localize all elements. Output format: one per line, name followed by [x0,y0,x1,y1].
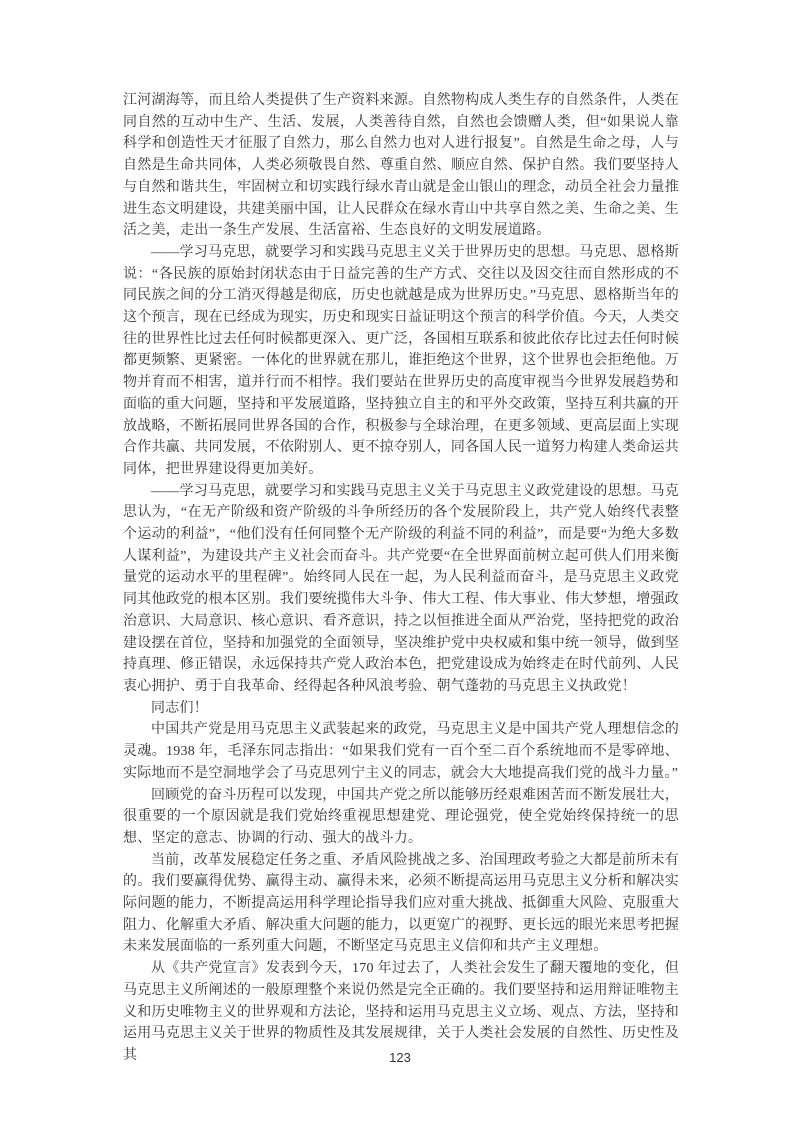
paragraph-party-history: 回顾党的奋斗历程可以发现，中国共产党之所以能够历经艰难困苦而不断发展壮大，很重要… [123,785,679,850]
paragraph-comrades: 同志们！ [123,698,679,720]
body-text: 江河湖海等，而且给人类提供了生产资料来源。自然物构成人类生存的自然条件，人类在同… [123,90,679,1067]
page-number: 123 [0,1050,800,1065]
paragraph-world-history: ——学习马克思，就要学习和实践马克思主义关于世界历史的思想。马克思、恩格斯说：“… [123,242,679,481]
paragraph-party-building: ——学习马克思，就要学习和实践马克思主义关于马克思主义政党建设的思想。马克思认为… [123,481,679,698]
paragraph-continuation: 江河湖海等，而且给人类提供了生产资料来源。自然物构成人类生存的自然条件，人类在同… [123,90,679,242]
paragraph-current-tasks: 当前，改革发展稳定任务之重、矛盾风险挑战之多、治国理政考验之大都是前所未有的。我… [123,850,679,959]
document-page: 江河湖海等，而且给人类提供了生产资料来源。自然物构成人类生存的自然条件，人类在同… [0,0,800,1133]
paragraph-cpc-marxism: 中国共产党是用马克思主义武装起来的政党，马克思主义是中国共产党人理想信念的灵魂。… [123,719,679,784]
